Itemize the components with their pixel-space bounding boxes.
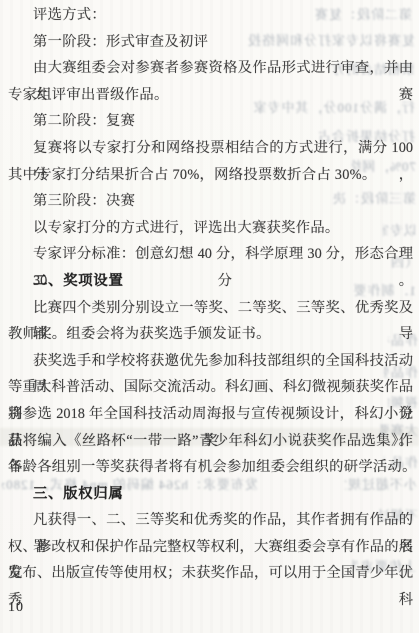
text-line: 发布、出版宣传等使用权；未获奖作品，可以用于全国青少年优秀科 [8,560,413,587]
text-line: 凡获得一、二、三等奖和优秀奖的作品，其作者拥有作品的署名 [8,507,413,534]
text-line: 别参选 2018 年全国科技活动周海报与宣传视频设计，科幻小说获奖作 [8,401,413,428]
text-line: 复赛将以专家打分和网络投票相结合的方式进行，满分 100 分， [8,135,413,162]
text-line: 品将编入《丝路杯“一带一路”青少年科幻小说获奖作品选集》。各 [8,428,413,455]
section-heading: 三、版权归属 [8,481,413,508]
text-line: 评选方式： [8,2,413,29]
text-line: 第一阶段：形式审查及初评 [8,29,413,56]
page-number: 10 [8,600,24,616]
text-line: 权、修改权和保护作品完整权等权利，大赛组委会享有作品的展览、 [8,534,413,561]
text-line: 第二阶段：复赛 [8,108,413,135]
text-line: 比赛四个类别分别设立一等奖、二等奖、三等奖、优秀奖及辅导 [8,295,413,322]
text-line: 由大赛组委会对参赛者参赛资格及作品形式进行审查，并由大赛 [8,55,413,82]
text-line: 第三阶段：决赛 [8,188,413,215]
text-line: 其中专家打分结果折合占 70%，网络投票数折合占 30%。 [8,162,413,189]
text-line: 专家评分标准：创意幻想 40 分，科学原理 30 分，形态合理 30 分。 [8,241,413,268]
scanned-document-page: 第二阶段：复赛复赛将以专家打分和网络投票相结合的方式进行，满分100分，其中专家… [0,0,419,633]
text-line: 年龄各组别一等奖获得者将有机会参加组委会组织的研学活动。 [8,454,413,481]
document-content: 评选方式：第一阶段：形式审查及初评由大赛组委会对参赛者参赛资格及作品形式进行审查… [8,2,413,587]
text-line: 获奖选手和学校将获邀优先参加科技部组织的全国科技活动周 [8,348,413,375]
text-line: 以专家打分的方式进行，评选出大赛获奖作品。 [8,215,413,242]
text-line: 等重大科普活动、国际交流活动。科幻画、科幻微视频获奖作品将分 [8,374,413,401]
